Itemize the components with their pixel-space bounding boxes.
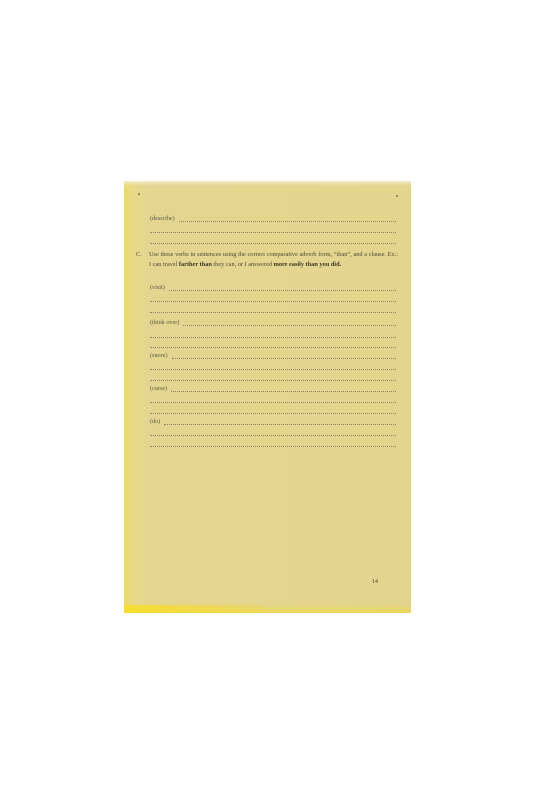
answer-line[interactable] [150,237,396,245]
answer-line[interactable] [150,306,396,314]
dotted-line [164,423,396,425]
answer-line-snore[interactable]: (snore) [150,352,396,360]
answer-line[interactable] [150,374,396,382]
page-number: 14 [372,579,378,585]
answer-line[interactable] [150,331,396,339]
page-blemish [138,193,140,195]
answer-line[interactable] [150,341,396,349]
answer-line[interactable] [150,295,396,303]
dotted-line [150,434,396,436]
answer-line-think-over[interactable]: (think over) [150,319,396,327]
instruction-part: did. [329,261,341,268]
example-bold: more easily than you [274,261,330,268]
dotted-line [150,231,396,233]
answer-line-describe[interactable]: (describe) [150,215,396,223]
dotted-line [169,289,396,291]
dotted-line [150,401,396,403]
answer-line[interactable] [150,226,396,234]
dotted-line [150,346,396,348]
answer-line-do[interactable]: (do) [150,418,396,426]
dotted-line [183,324,396,326]
section-c-instructions: C. Use these verbs in sentences using th… [136,250,398,270]
answer-line-visit[interactable]: (visit) [150,284,396,292]
section-letter: C. [136,250,142,260]
instruction-part: they can, or I answered [212,261,274,268]
dotted-line [150,379,396,381]
verb-label: (snore) [150,352,168,360]
dotted-line [150,300,396,302]
answer-line[interactable] [150,440,396,448]
verb-label: (describe) [150,215,175,223]
answer-line[interactable] [150,407,396,415]
dotted-line [172,357,396,359]
dotted-line [150,336,396,338]
worksheet-page: (describe) C. Use these verbs in sentenc… [124,181,411,613]
answer-line[interactable] [150,429,396,437]
example-bold: farther than [179,261,212,268]
answer-line[interactable] [150,396,396,404]
answer-line-curse[interactable]: (curse) [150,385,396,393]
verb-label: (curse) [150,385,167,393]
dotted-line [150,242,396,244]
dotted-line [150,412,396,414]
page-blemish [396,195,398,197]
answer-line[interactable] [150,363,396,371]
instruction-text: Use these verbs in sentences using the c… [149,250,398,270]
verb-label: (visit) [150,284,165,292]
dotted-line [171,390,396,392]
verb-label: (think over) [150,319,179,327]
dotted-line [150,445,396,447]
verb-label: (do) [150,418,160,426]
dotted-line [179,220,396,222]
dotted-line [150,311,396,313]
dotted-line [150,368,396,370]
